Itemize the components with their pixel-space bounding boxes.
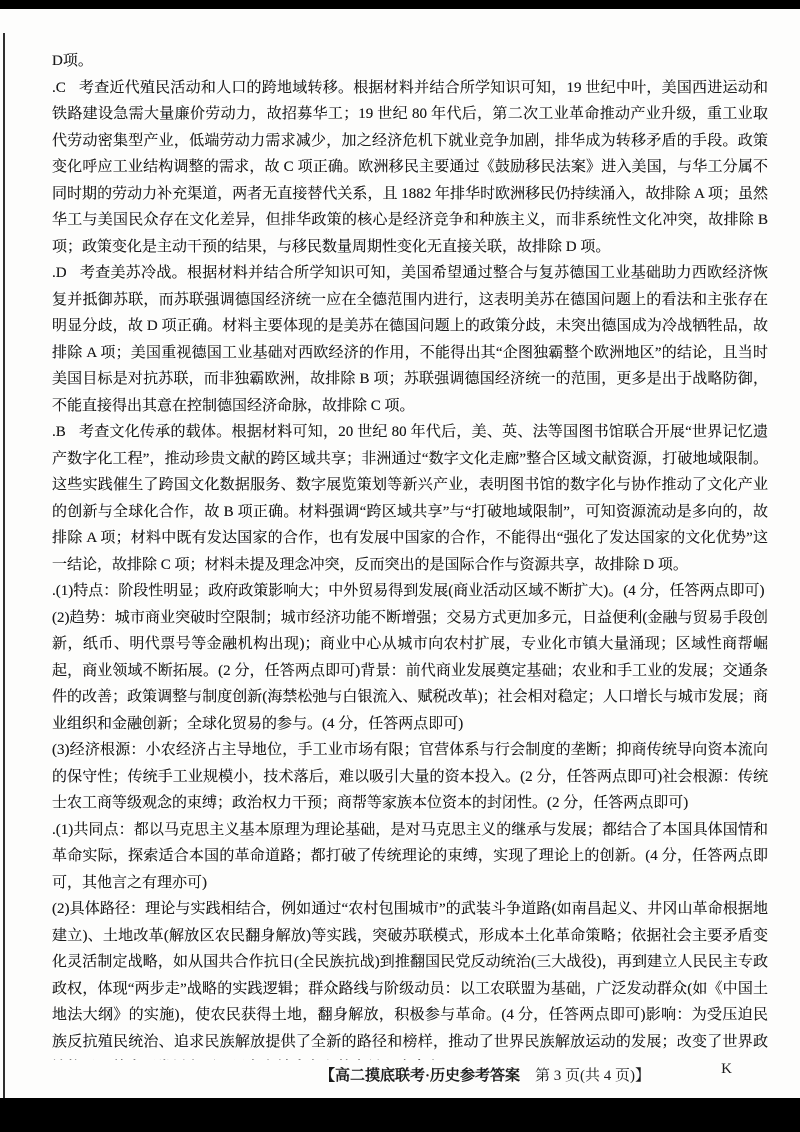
- answer-number-14: 14.C: [52, 80, 66, 96]
- answer-item-16: 16.B考查文化传承的载体。根据材料可知，20 世纪 80 年代后，美、英、法等…: [52, 419, 768, 578]
- answer-item-17-part1: 17.(1)特点：阶段性明显；政府政策影响大；中外贸易得到发展(商业活动区域不断…: [52, 578, 768, 605]
- answer-item-18-part1: 18.(1)共同点：都以马克思主义基本原理为理论基础，是对马克思主义的继承与发展…: [52, 817, 768, 897]
- answer-text-17-part2: (2)趋势：城市商业突破时空限制；城市经济功能不断增强；交易方式更加多元，日益便…: [52, 610, 768, 732]
- answer-text-17-part1: (1)特点：阶段性明显；政府政策影响大；中外贸易得到发展(商业活动区域不断扩大)…: [56, 583, 765, 599]
- answer-text-17-part3: (3)经济根源：小农经济占主导地位，手工业市场有限；官营体系与行会制度的垄断；抑…: [52, 742, 768, 811]
- answer-item-17-part3: (3)经济根源：小农经济占主导地位，手工业市场有限；官营体系与行会制度的垄断；抑…: [52, 737, 768, 817]
- carryover-text: D项。: [52, 53, 93, 69]
- answer-number-16: 16.B: [52, 424, 66, 440]
- scan-edge-bottom: [0, 1098, 800, 1132]
- carryover-line: D项。: [52, 48, 768, 75]
- footer-exam-title: 【高二摸底联考·历史参考答案: [320, 1068, 520, 1084]
- answer-item-17-part2: (2)趋势：城市商业突破时空限制；城市经济功能不断增强；交易方式更加多元，日益便…: [52, 605, 768, 738]
- scan-edge-left-line: [3, 33, 5, 1098]
- answer-text-18-part2: (2)具体路径：理论与实践相结合，例如通过“农村包围城市”的武装斗争道路(如南昌…: [52, 901, 768, 1060]
- corner-mark: K: [721, 1061, 732, 1078]
- scan-edge-top: [0, 0, 800, 9]
- answer-item-15: 15.D考查美苏冷战。根据材料并结合所学知识可知，美国希望通过整合与复苏德国工业…: [52, 260, 768, 419]
- answer-text-18-part1: (1)共同点：都以马克思主义基本原理为理论基础，是对马克思主义的继承与发展；都结…: [52, 822, 768, 891]
- answer-text-14: 考查近代殖民活动和人口的跨地域转移。根据材料并结合所学知识可知，19 世纪中叶，…: [52, 80, 768, 255]
- scanned-answer-page: D项。 14.C考查近代殖民活动和人口的跨地域转移。根据材料并结合所学知识可知，…: [0, 0, 800, 1132]
- answer-text-16: 考查文化传承的载体。根据材料可知，20 世纪 80 年代后，美、英、法等国图书馆…: [52, 424, 768, 573]
- footer-page-info: 第 3 页(共 4 页)】: [520, 1068, 650, 1084]
- answer-sheet-content: D项。 14.C考查近代殖民活动和人口的跨地域转移。根据材料并结合所学知识可知，…: [52, 48, 768, 1060]
- answer-item-14: 14.C考查近代殖民活动和人口的跨地域转移。根据材料并结合所学知识可知，19 世…: [52, 75, 768, 261]
- answer-item-18-part2: (2)具体路径：理论与实践相结合，例如通过“农村包围城市”的武装斗争道路(如南昌…: [52, 896, 768, 1060]
- page-footer: 【高二摸底联考·历史参考答案 第 3 页(共 4 页)】: [0, 1064, 800, 1085]
- answer-text-15: 考查美苏冷战。根据材料并结合所学知识可知，美国希望通过整合与复苏德国工业基础助力…: [52, 265, 768, 414]
- answer-number-15: 15.D: [52, 265, 67, 281]
